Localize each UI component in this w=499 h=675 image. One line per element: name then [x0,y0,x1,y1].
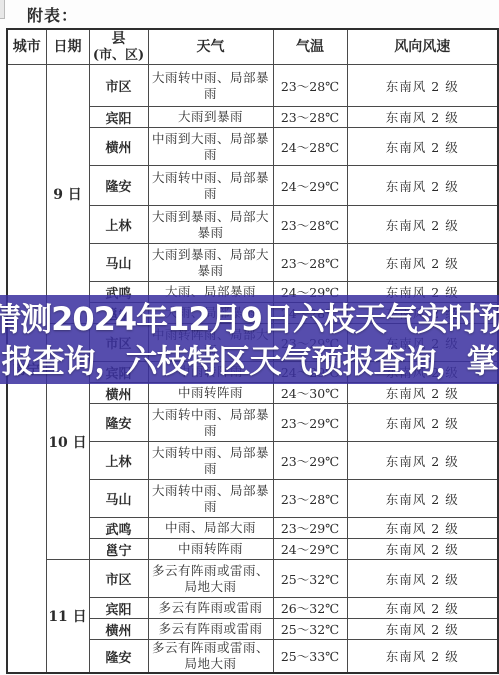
weather-cell: 中雨转阵雨 [148,539,273,560]
temp-cell: 23～28℃ [273,244,347,282]
county-cell: 市区 [89,560,148,598]
wind-cell: 东南风 2 级 [347,539,498,560]
date-cell-9: 9 日 [46,65,89,324]
county-cell: 上林 [89,442,148,480]
wind-cell: 东南风 2 级 [347,598,498,619]
weather-cell: 多云有阵雨或雷雨 [148,619,273,640]
header-wind: 风向风速 [347,29,498,65]
wind-cell: 东南风 2 级 [347,244,498,282]
wind-cell: 东南风 2 级 [347,383,498,404]
weather-cell: 多云有阵雨或雷雨、局地大雨 [148,560,273,598]
overlay-banner: 猜测2024年12月9日六枝天气实时预 报查询，六枝特区天气预报查询，掌 [0,295,499,384]
weather-cell: 多云有阵雨或雷雨 [148,598,273,619]
temp-cell: 25～33℃ [273,640,347,674]
weather-cell: 中雨到大雨、局部暴雨 [148,128,273,166]
temp-cell: 24～29℃ [273,539,347,560]
wind-cell: 东南风 2 级 [347,206,498,244]
table-row: 11 日 市区 多云有阵雨或雷雨、局地大雨 25～32℃ 东南风 2 级 [7,560,498,598]
header-temp: 气温 [273,29,347,65]
weather-cell: 大雨转中雨、局部暴雨 [148,65,273,107]
temp-cell: 23～28℃ [273,480,347,518]
temp-cell: 23～28℃ [273,107,347,128]
weather-cell: 中雨、局部大雨 [148,518,273,539]
overlay-title-line1: 猜测2024年12月9日六枝天气实时预 [0,298,499,340]
wind-cell: 东南风 2 级 [347,518,498,539]
wind-cell: 东南风 2 级 [347,128,498,166]
temp-cell: 23～28℃ [273,65,347,107]
county-cell: 隆安 [89,404,148,442]
county-cell: 宾阳 [89,107,148,128]
weather-cell: 大雨到暴雨、局部大暴雨 [148,206,273,244]
county-cell: 市区 [89,65,148,107]
overlay-title-line2: 报查询，六枝特区天气预报查询，掌 [1,340,497,382]
temp-cell: 23～29℃ [273,518,347,539]
wind-cell: 东南风 2 级 [347,166,498,206]
header-row: 城市 日期 县(市、区) 天气 气温 风向风速 [7,29,498,65]
county-cell: 上林 [89,206,148,244]
table-row: 南宁 9 日 市区 大雨转中雨、局部暴雨 23～28℃ 东南风 2 级 [7,65,498,107]
weather-cell: 大雨转中雨、局部暴雨 [148,442,273,480]
header-weather: 天气 [148,29,273,65]
temp-cell: 24～28℃ [273,128,347,166]
wind-cell: 东南风 2 级 [347,560,498,598]
county-cell: 马山 [89,244,148,282]
header-city: 城市 [7,29,46,65]
weather-cell: 大雨到暴雨 [148,107,273,128]
temp-cell: 24～30℃ [273,383,347,404]
wind-cell: 东南风 2 级 [347,442,498,480]
temp-cell: 26～32℃ [273,598,347,619]
county-cell: 宾阳 [89,598,148,619]
county-cell: 武鸣 [89,518,148,539]
header-county: 县(市、区) [89,29,148,65]
county-cell: 马山 [89,480,148,518]
wind-cell: 东南风 2 级 [347,404,498,442]
temp-cell: 25～32℃ [273,560,347,598]
county-cell: 隆安 [89,166,148,206]
temp-cell: 23～29℃ [273,404,347,442]
wind-cell: 东南风 2 级 [347,640,498,674]
county-cell: 邕宁 [89,539,148,560]
temp-cell: 23～29℃ [273,442,347,480]
county-cell: 横州 [89,383,148,404]
window-edge-fragment [0,0,5,19]
date-cell-11: 11 日 [46,560,89,674]
weather-cell: 多云有阵雨或雷雨、局地大雨 [148,640,273,674]
weather-cell: 大雨转中雨、局部暴雨 [148,166,273,206]
county-cell: 横州 [89,128,148,166]
weather-forecast-page: 附表： 城市 日期 县(市、区) 天气 气温 风向风速 南宁 9 日 市区 大雨… [0,0,499,675]
temp-cell: 24～29℃ [273,166,347,206]
weather-cell: 大雨到暴雨、局部大暴雨 [148,244,273,282]
wind-cell: 东南风 2 级 [347,65,498,107]
county-cell: 横州 [89,619,148,640]
header-date: 日期 [46,29,89,65]
header-county-line2: (市、区) [93,48,144,63]
temp-cell: 23～28℃ [273,206,347,244]
weather-cell: 中雨转阵雨 [148,383,273,404]
weather-cell: 大雨转中雨、局部暴雨 [148,404,273,442]
temp-cell: 25～32℃ [273,619,347,640]
wind-cell: 东南风 2 级 [347,619,498,640]
county-cell: 隆安 [89,640,148,674]
header-county-line1: 县 [112,31,126,47]
wind-cell: 东南风 2 级 [347,480,498,518]
page-title: 附表： [27,3,78,26]
wind-cell: 东南风 2 级 [347,107,498,128]
weather-cell: 大雨转中雨、局部暴雨 [148,480,273,518]
